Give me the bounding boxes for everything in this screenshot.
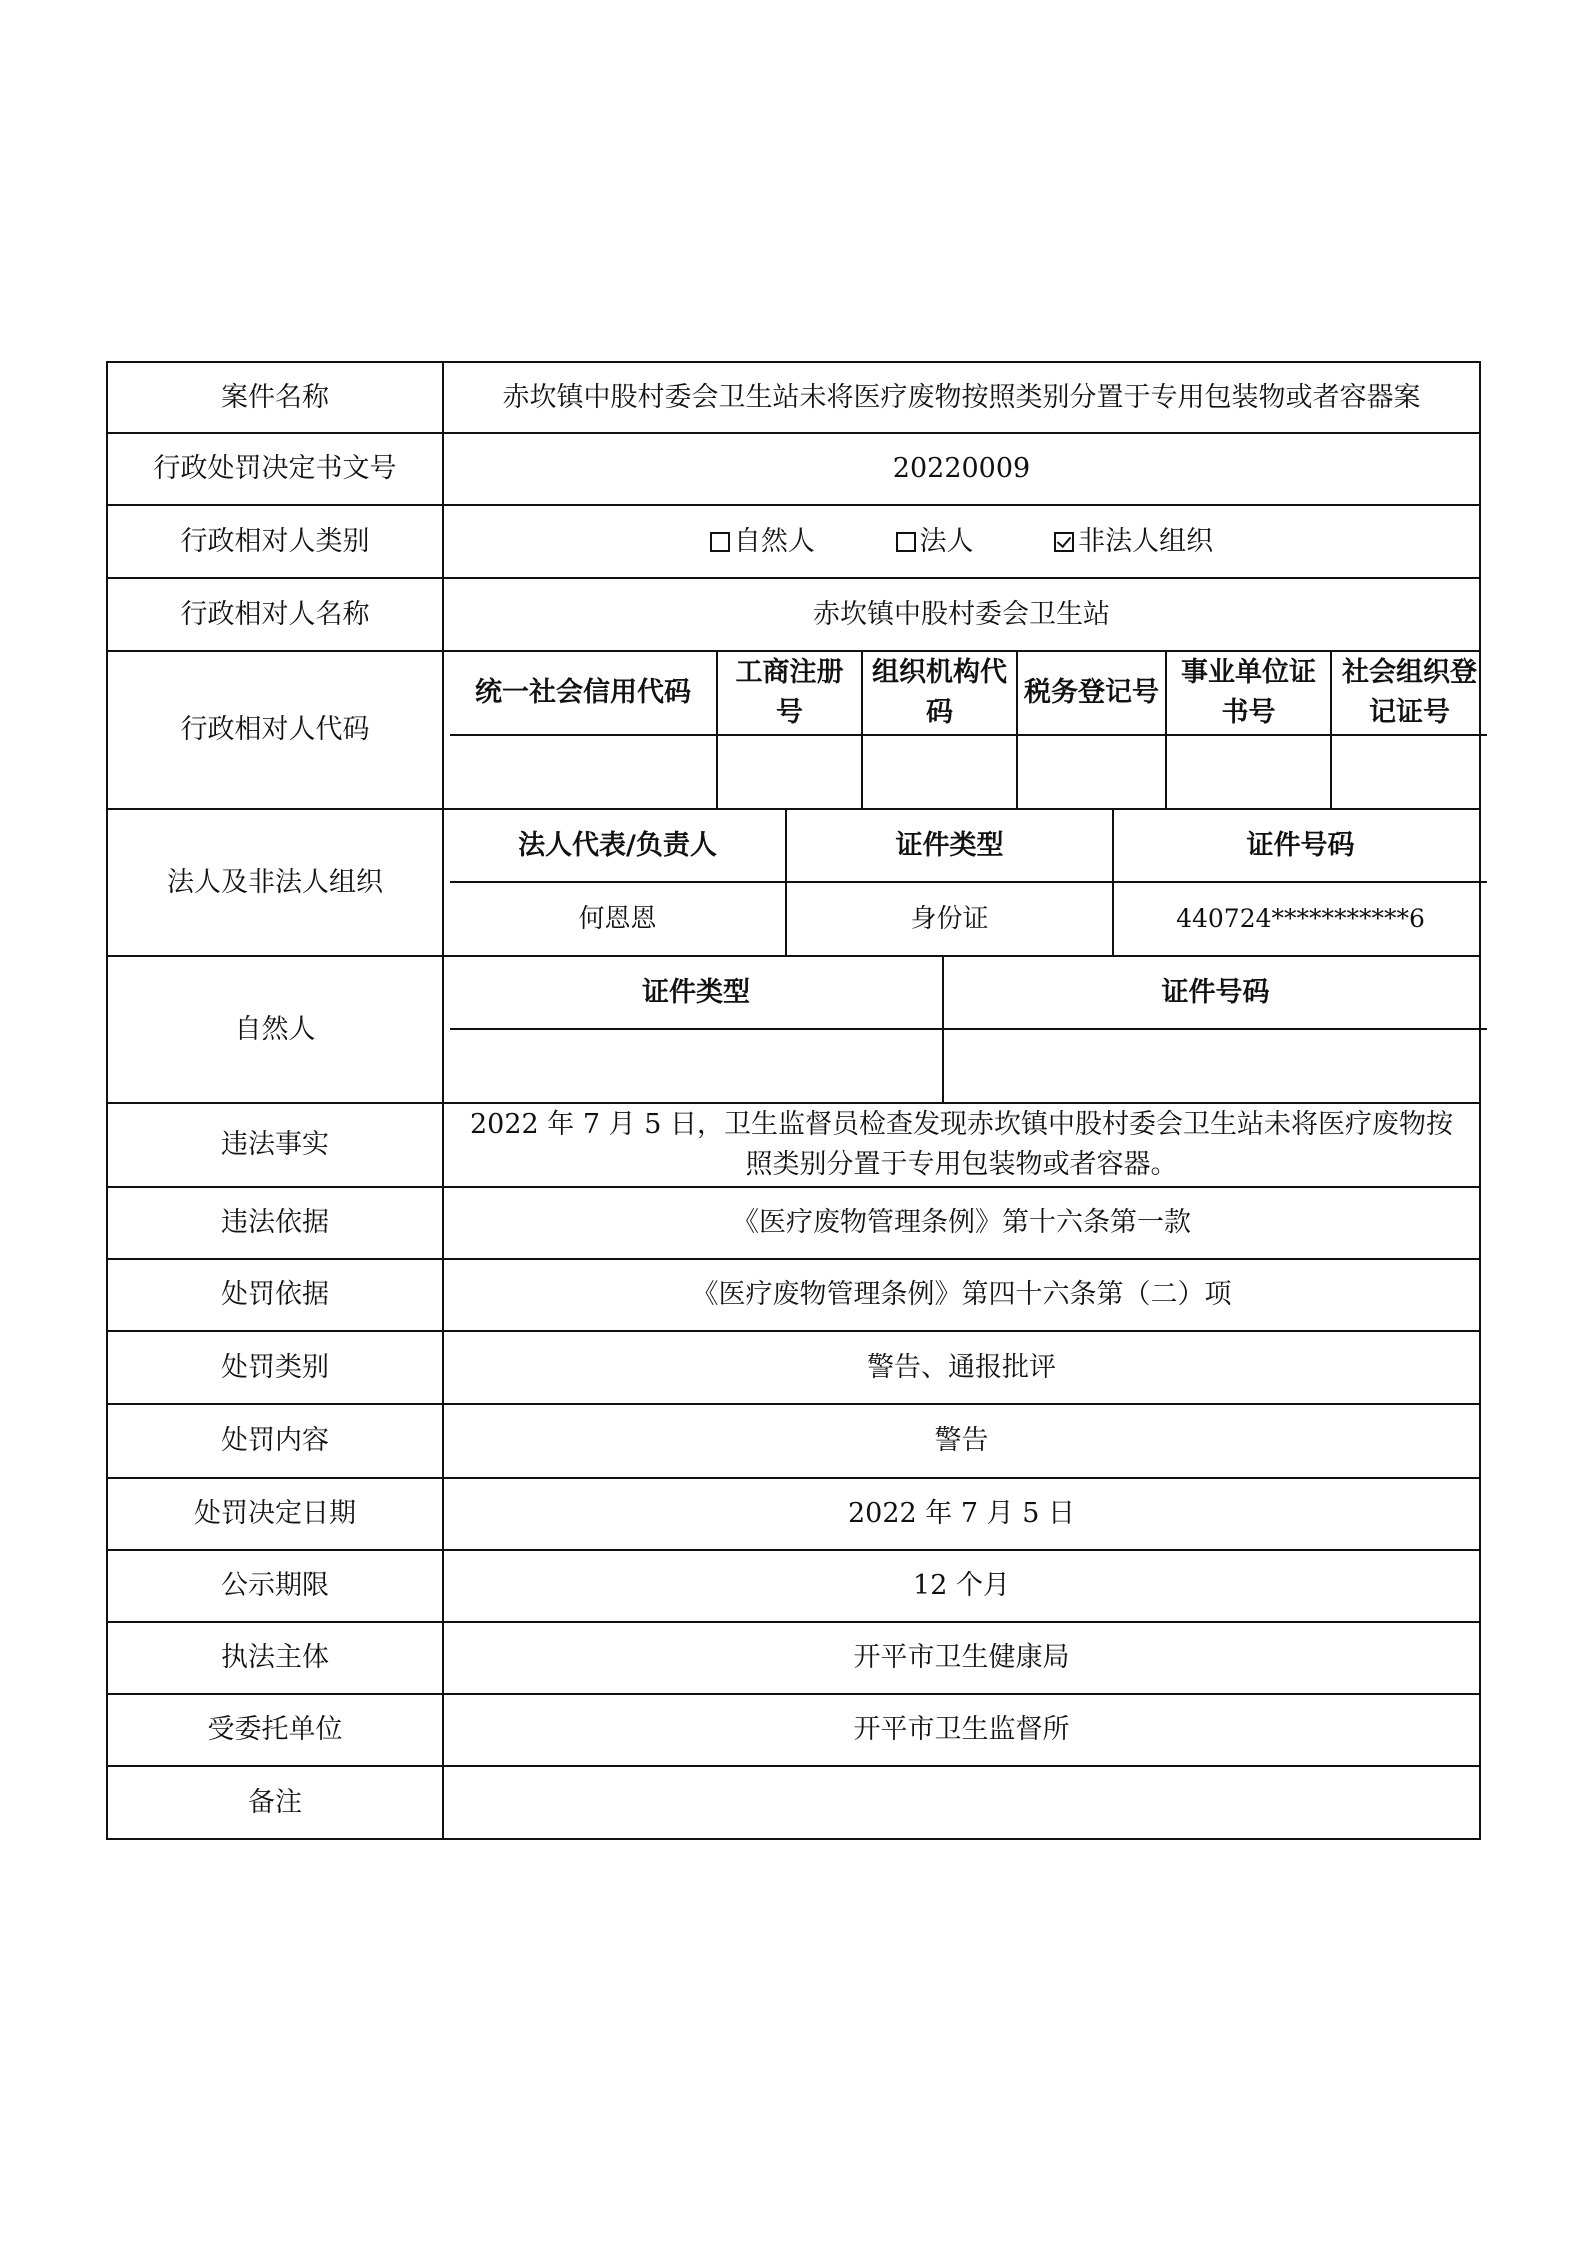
natural-person-subtable: 证件类型 证件号码 (450, 957, 1487, 1102)
party-name-value: 赤坎镇中股村委会卫生站 (443, 578, 1480, 651)
id-type-value: 身份证 (786, 882, 1113, 955)
col-id-type: 证件类型 (786, 810, 1113, 882)
org-code-value (862, 735, 1017, 808)
party-type-label: 行政相对人类别 (107, 505, 443, 578)
checkbox-unchecked-icon[interactable] (710, 532, 730, 552)
id-number-value: 440724***********6 (1113, 882, 1487, 955)
row-decision-no: 行政处罚决定书文号 20220009 (107, 433, 1480, 505)
option-non-legal-org[interactable]: 非法人组织 (1054, 522, 1213, 562)
party-code-label: 行政相对人代码 (107, 651, 443, 809)
decision-date-value: 2022 年 7 月 5 日 (443, 1478, 1480, 1550)
col-social-org-reg-no: 社会组织登记证号 (1331, 652, 1487, 735)
penalty-info-table: 案件名称 赤坎镇中股村委会卫生站未将医疗废物按照类别分置于专用包装物或者容器案 … (106, 361, 1481, 1840)
row-penalty-type: 处罚类别 警告、通报批评 (107, 1331, 1480, 1404)
col-legal-rep: 法人代表/负责人 (450, 810, 786, 882)
business-reg-no-value (717, 735, 862, 808)
row-violation-basis: 违法依据 《医疗废物管理条例》第十六条第一款 (107, 1187, 1480, 1259)
remarks-label: 备注 (107, 1766, 443, 1839)
option-natural-person[interactable]: 自然人 (710, 522, 815, 562)
checkbox-checked-icon[interactable] (1054, 532, 1074, 552)
row-facts: 违法事实 2022 年 7 月 5 日，卫生监督员检查发现赤坎镇中股村委会卫生站… (107, 1103, 1480, 1187)
enforcement-body-label: 执法主体 (107, 1622, 443, 1694)
checkbox-unchecked-icon[interactable] (896, 532, 916, 552)
row-party-code: 行政相对人代码 统一社会信用代码 工商注册号 组织机构代码 税务登记号 事业单位… (107, 651, 1480, 809)
entrusted-unit-value: 开平市卫生监督所 (443, 1694, 1480, 1766)
row-decision-date: 处罚决定日期 2022 年 7 月 5 日 (107, 1478, 1480, 1550)
penalty-content-value: 警告 (443, 1404, 1480, 1478)
decision-no-label: 行政处罚决定书文号 (107, 433, 443, 505)
tax-reg-no-value (1017, 735, 1166, 808)
penalty-basis-label: 处罚依据 (107, 1259, 443, 1331)
decision-date-label: 处罚决定日期 (107, 1478, 443, 1550)
violation-basis-value: 《医疗废物管理条例》第十六条第一款 (443, 1187, 1480, 1259)
col-credit-code: 统一社会信用代码 (450, 652, 717, 735)
decision-no-value: 20220009 (443, 433, 1480, 505)
row-publicity-period: 公示期限 12 个月 (107, 1550, 1480, 1622)
col-institution-cert-no: 事业单位证书号 (1166, 652, 1331, 735)
row-natural-person: 自然人 证件类型 证件号码 (107, 956, 1480, 1103)
col-tax-reg-no: 税务登记号 (1017, 652, 1166, 735)
legal-entity-label: 法人及非法人组织 (107, 809, 443, 956)
natural-person-label: 自然人 (107, 956, 443, 1103)
option-legal-person[interactable]: 法人 (896, 522, 974, 562)
row-party-type: 行政相对人类别 自然人 法人 非法人组织 (107, 505, 1480, 578)
remarks-value (443, 1766, 1480, 1839)
col-id-number: 证件号码 (1113, 810, 1487, 882)
penalty-type-label: 处罚类别 (107, 1331, 443, 1404)
row-enforcement-body: 执法主体 开平市卫生健康局 (107, 1622, 1480, 1694)
penalty-content-label: 处罚内容 (107, 1404, 443, 1478)
social-org-reg-no-value (1331, 735, 1487, 808)
row-remarks: 备注 (107, 1766, 1480, 1839)
row-penalty-content: 处罚内容 警告 (107, 1404, 1480, 1478)
entrusted-unit-label: 受委托单位 (107, 1694, 443, 1766)
np-id-number-value (943, 1029, 1487, 1102)
row-entrusted-unit: 受委托单位 开平市卫生监督所 (107, 1694, 1480, 1766)
publicity-period-label: 公示期限 (107, 1550, 443, 1622)
col-org-code: 组织机构代码 (862, 652, 1017, 735)
np-id-type-value (450, 1029, 943, 1102)
case-name-label: 案件名称 (107, 362, 443, 433)
penalty-type-value: 警告、通报批评 (443, 1331, 1480, 1404)
party-name-label: 行政相对人名称 (107, 578, 443, 651)
row-case-name: 案件名称 赤坎镇中股村委会卫生站未将医疗废物按照类别分置于专用包装物或者容器案 (107, 362, 1480, 433)
party-type-options: 自然人 法人 非法人组织 (443, 505, 1480, 578)
publicity-period-value: 12 个月 (443, 1550, 1480, 1622)
case-name-value: 赤坎镇中股村委会卫生站未将医疗废物按照类别分置于专用包装物或者容器案 (443, 362, 1480, 433)
row-penalty-basis: 处罚依据 《医疗废物管理条例》第四十六条第（二）项 (107, 1259, 1480, 1331)
row-party-name: 行政相对人名称 赤坎镇中股村委会卫生站 (107, 578, 1480, 651)
col-business-reg-no: 工商注册号 (717, 652, 862, 735)
violation-basis-label: 违法依据 (107, 1187, 443, 1259)
col-np-id-type: 证件类型 (450, 957, 943, 1029)
legal-entity-subtable: 法人代表/负责人 证件类型 证件号码 何恩恩 身份证 440724*******… (450, 810, 1487, 955)
party-code-subtable: 统一社会信用代码 工商注册号 组织机构代码 税务登记号 事业单位证书号 社会组织… (450, 652, 1487, 808)
row-legal-entity: 法人及非法人组织 法人代表/负责人 证件类型 证件号码 何恩恩 身份证 4407… (107, 809, 1480, 956)
col-np-id-number: 证件号码 (943, 957, 1487, 1029)
penalty-basis-value: 《医疗废物管理条例》第四十六条第（二）项 (443, 1259, 1480, 1331)
credit-code-value (450, 735, 717, 808)
facts-value: 2022 年 7 月 5 日，卫生监督员检查发现赤坎镇中股村委会卫生站未将医疗废… (443, 1103, 1480, 1187)
facts-label: 违法事实 (107, 1103, 443, 1187)
institution-cert-no-value (1166, 735, 1331, 808)
enforcement-body-value: 开平市卫生健康局 (443, 1622, 1480, 1694)
legal-rep-value: 何恩恩 (450, 882, 786, 955)
